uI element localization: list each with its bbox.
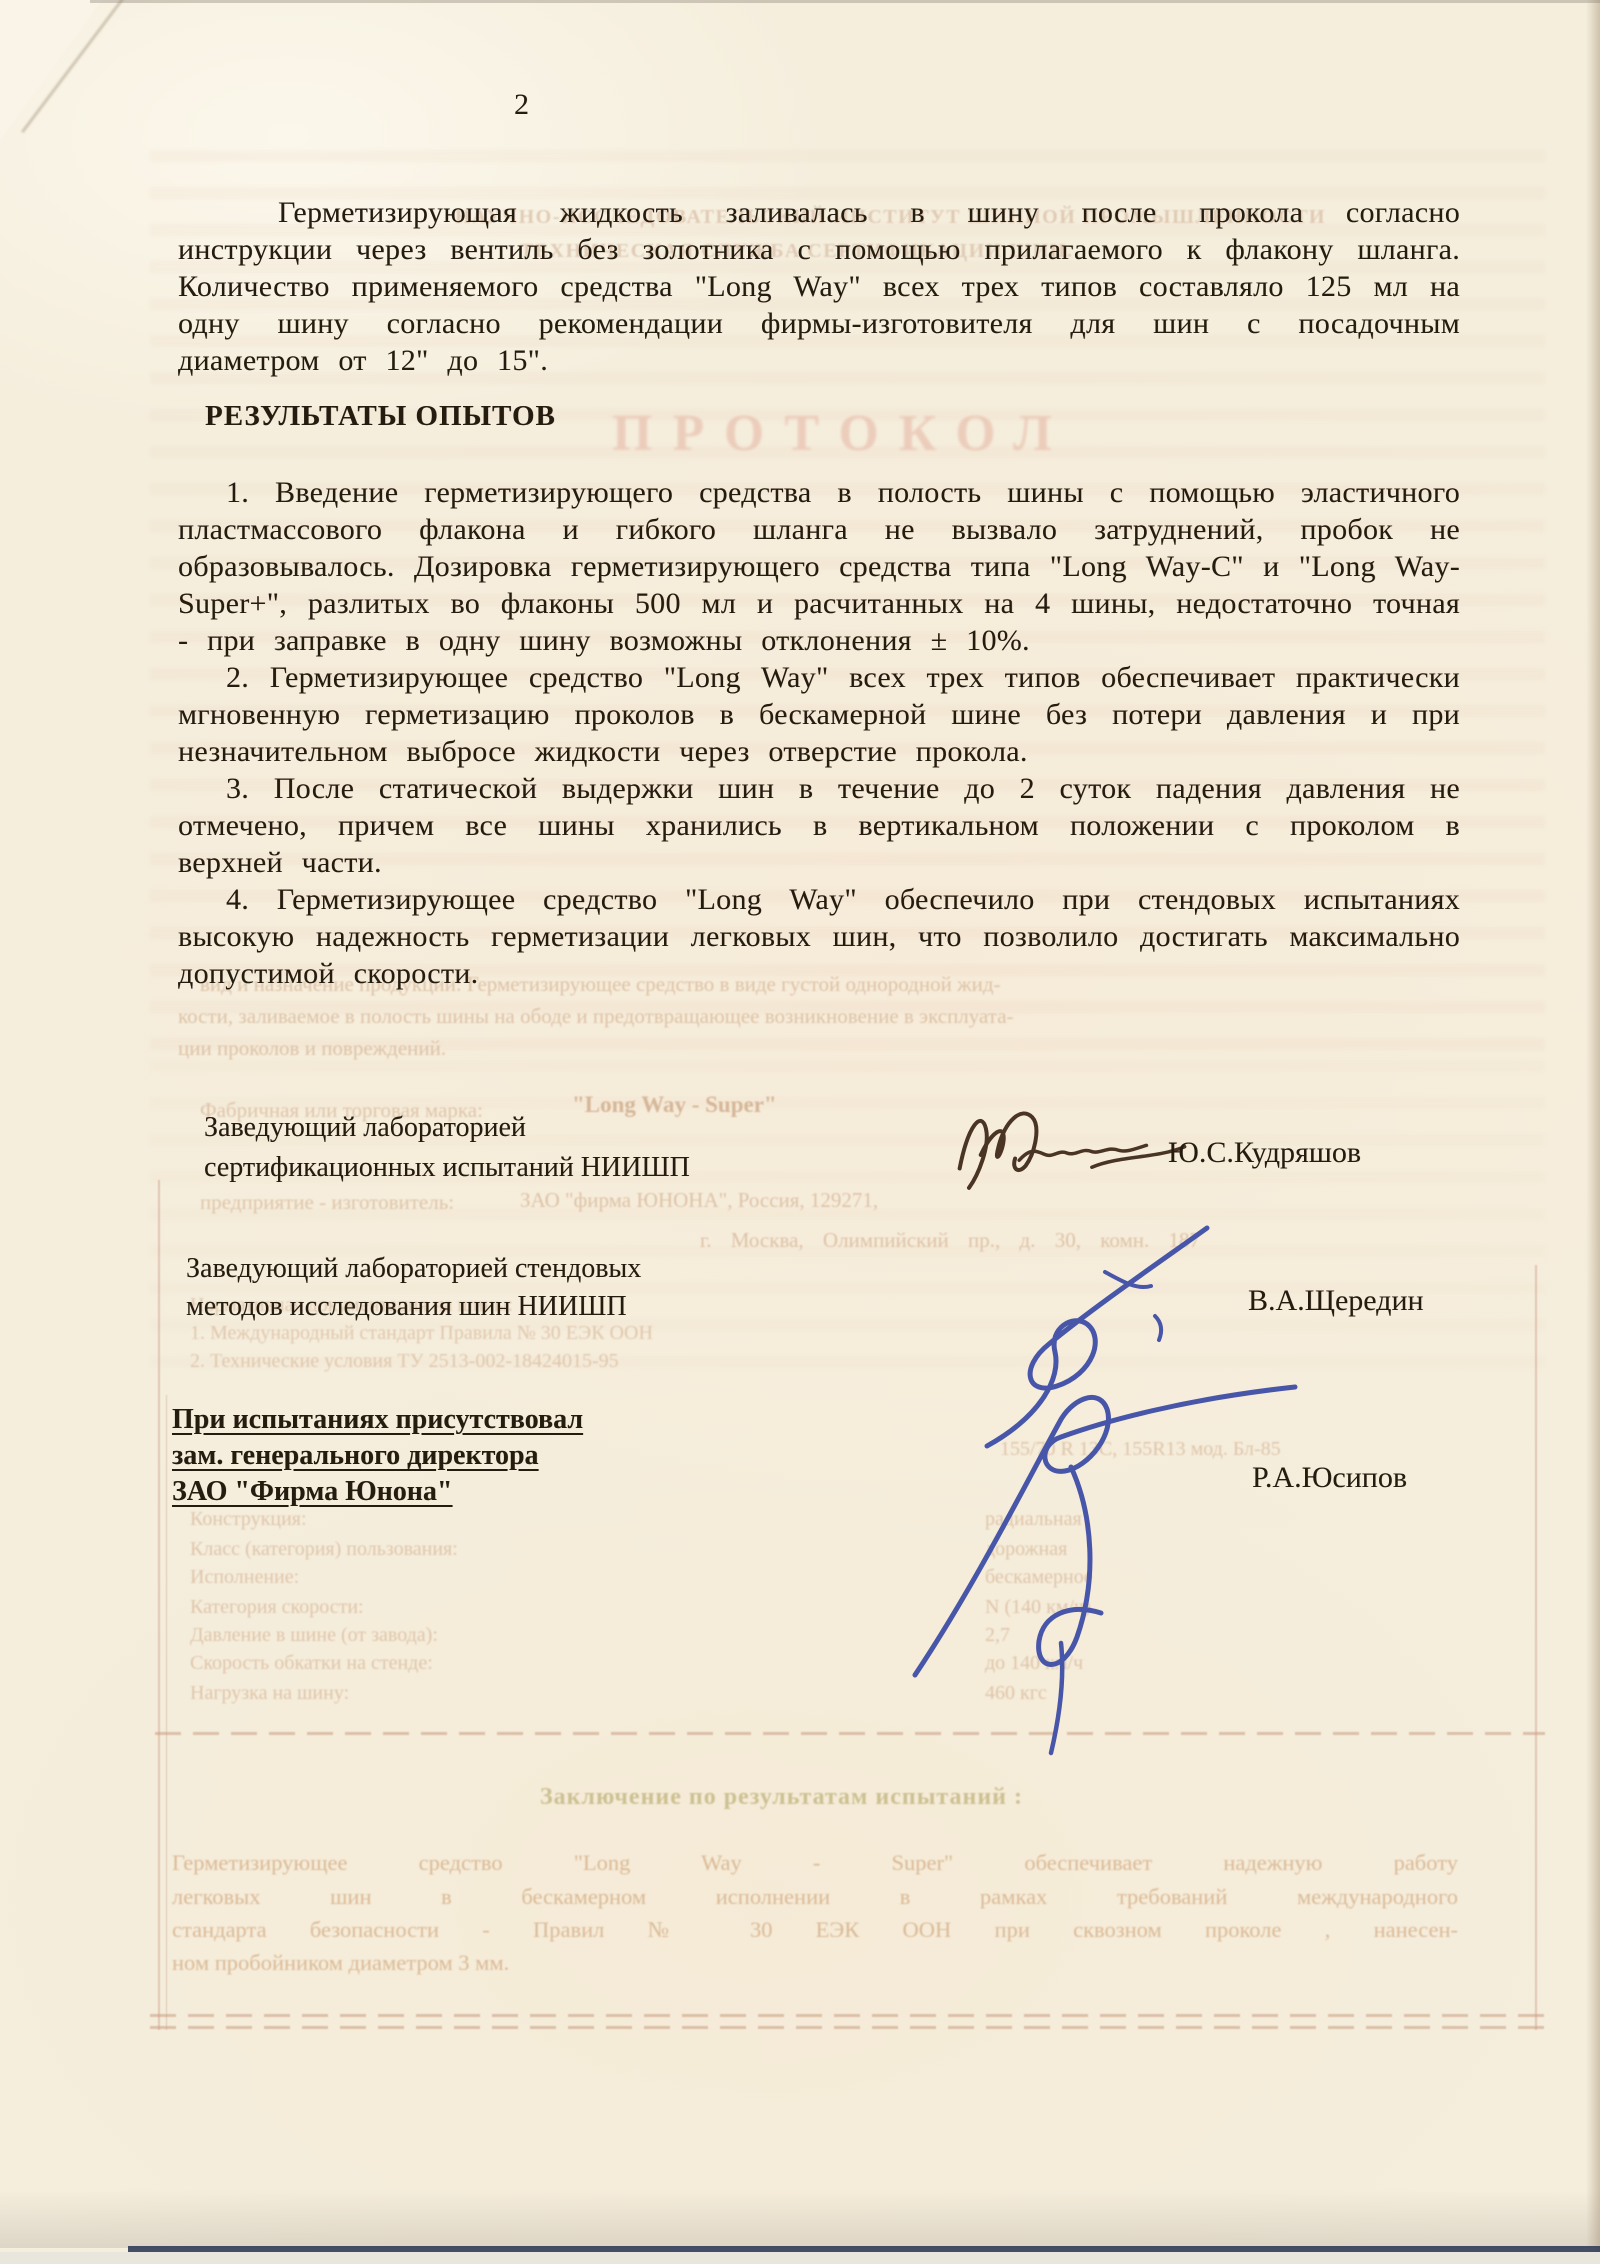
signature-title-line: методов исследования шин НИИШП	[186, 1288, 641, 1326]
scan-right-edge-shadow	[1586, 0, 1600, 2264]
signature-title-bench-test-lab: Заведующий лабораторией стендовых методо…	[186, 1250, 641, 1326]
bleed-through-param-label: Давление в шине (от завода):	[190, 1624, 438, 1647]
signature-title-line: ЗАО "Фирма Юнона"	[172, 1474, 583, 1510]
signature-title-line: зам. генерального директора	[172, 1438, 583, 1474]
signature-title-certification-lab: Заведующий лабораторией сертификационных…	[204, 1108, 690, 1188]
bleed-through-param-label: Нагрузка на шину:	[190, 1682, 349, 1705]
bleed-through-border-bottom	[150, 2014, 1550, 2017]
scan-bottom-shadow	[0, 2190, 1600, 2248]
scanned-document-page: НАУЧНО-ИССЛЕДОВАТЕЛЬСКИЙ ИНСТИТУТ ШИННОЙ…	[0, 0, 1600, 2264]
results-item-3: 3. После статической выдержки шин в тече…	[178, 770, 1460, 881]
results-item-4: 4. Герметизирующее средство "Long Way" о…	[178, 881, 1460, 992]
bleed-through-param-label: Исполнение:	[190, 1566, 299, 1589]
bleed-through-product-desc: ции проколов и повреждений.	[178, 1036, 446, 1061]
signature-title-yunona-deputy-director: При испытаниях присутствовал зам. генера…	[172, 1402, 583, 1510]
bleed-through-border-left	[158, 1180, 160, 2030]
signature-title-line: Заведующий лабораторией	[204, 1108, 690, 1148]
signature-title-line: При испытаниях присутствовал	[172, 1402, 583, 1438]
bleed-through-product-desc: кости, заливаемое в полость шины на обод…	[178, 1004, 1014, 1029]
bleed-through-manufacturer-label: предприятие - изготовитель:	[200, 1190, 454, 1215]
signature-name-kudryashov: Ю.С.Кудряшов	[1168, 1136, 1361, 1170]
bleed-through-protocol-title: ПРОТОКОЛ	[612, 404, 1072, 463]
results-section: 1. Введение герметизирующего средства в …	[178, 474, 1460, 992]
signature-title-line: сертификационных испытаний НИИШП	[204, 1148, 690, 1188]
bleed-through-param-label: Класс (категория) пользования:	[190, 1538, 458, 1561]
bleed-through-border-left	[166, 1395, 167, 2030]
page-corner-fold	[0, 0, 102, 140]
signature-name-shcheredin: В.А.Щередин	[1248, 1284, 1424, 1318]
bleed-through-conclusion-line: стандарта безопасности - Правил № 30 ЕЭК…	[172, 1917, 1458, 1943]
bleed-through-manufacturer-value: ЗАО "фирма ЮНОНА", Россия, 129271,	[520, 1188, 878, 1213]
bleed-through-param-label: Скорость обкатки на стенде:	[190, 1652, 433, 1675]
scanner-edge-strip	[0, 2252, 1600, 2264]
bleed-through-border-right	[1535, 1265, 1537, 2030]
bleed-through-param-label: Конструкция:	[190, 1508, 307, 1531]
signature-name-yusipov: Р.А.Юсипов	[1252, 1461, 1407, 1495]
bleed-through-docs-line: 2. Технические условия ТУ 2513-002-18424…	[190, 1350, 619, 1373]
page-number: 2	[514, 88, 529, 122]
bleed-through-conclusion-heading: Заключение по результатам испытаний :	[540, 1784, 1023, 1811]
bleed-through-conclusion-line: Герметизирующее средство "Long Way - Sup…	[172, 1850, 1458, 1876]
intro-paragraph: Герметизирующая жидкость заливалась в ши…	[178, 194, 1460, 379]
results-item-1: 1. Введение герметизирующего средства в …	[178, 474, 1460, 659]
results-item-2: 2. Герметизирующее средство "Long Way" в…	[178, 659, 1460, 770]
bleed-through-param-label: Категория скорости:	[190, 1596, 364, 1619]
signature-title-line: Заведующий лабораторией стендовых	[186, 1250, 641, 1288]
bleed-through-border-bottom	[150, 2026, 1550, 2029]
scan-top-edge	[90, 0, 1600, 3]
bleed-through-conclusion-line: легковых шин в бескамерном исполнении в …	[172, 1884, 1458, 1910]
bleed-through-conclusion-line: ном пробойником диаметром 3 мм.	[172, 1950, 509, 1976]
results-heading: РЕЗУЛЬТАТЫ ОПЫТОВ	[205, 400, 556, 433]
signature-yusipov	[855, 1375, 1355, 1765]
